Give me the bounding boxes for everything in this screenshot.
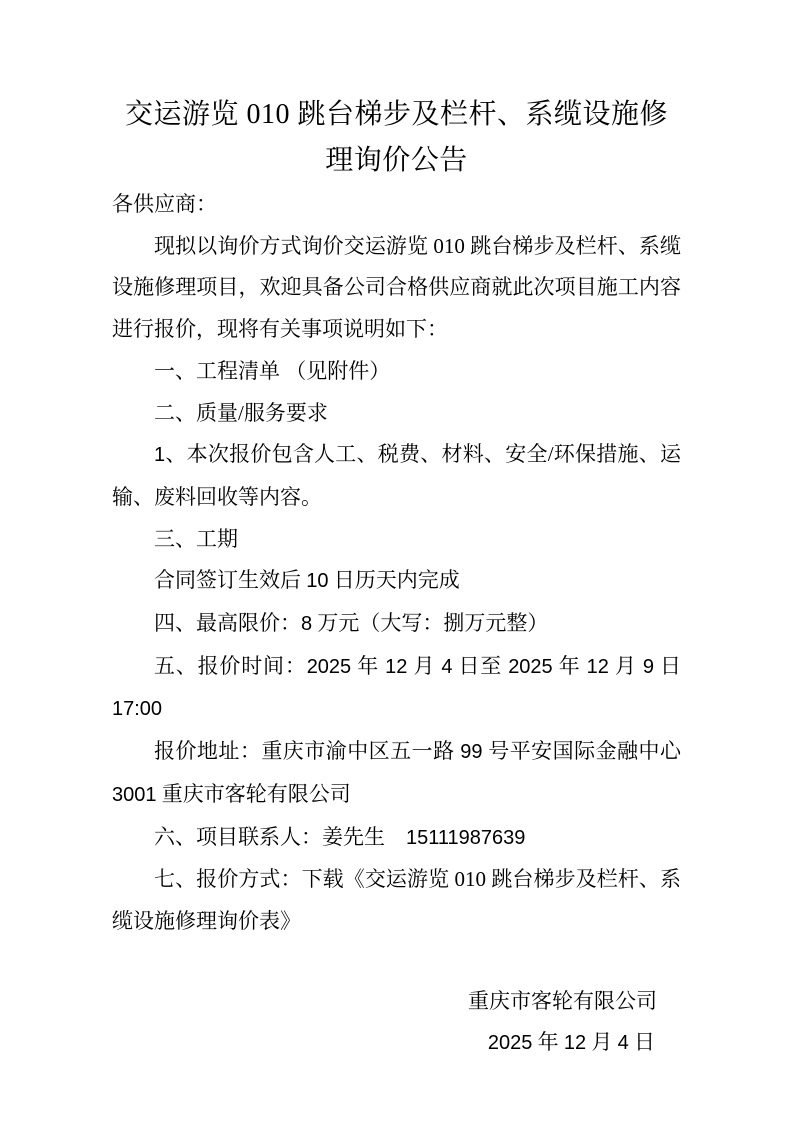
cjk-text-run: 六、项目联系人：姜先生 bbox=[154, 825, 406, 849]
document-title: 交运游览 010 跳台梯步及栏杆、系缆设施修理询价公告 bbox=[112, 92, 681, 184]
latin-text-run: 12 bbox=[564, 1032, 586, 1054]
latin-text-run: 99 bbox=[460, 741, 482, 763]
paragraph-salutation: 各供应商： bbox=[112, 184, 681, 226]
document-page: 交运游览 010 跳台梯步及栏杆、系缆设施修理询价公告 各供应商：现拟以询价方式… bbox=[0, 0, 793, 1122]
latin-text-run: 4 bbox=[441, 656, 452, 678]
paragraph-item-5-quote-time: 五、报价时间：2025 年 12 月 4 日至 2025 年 12 月 9 日 … bbox=[112, 646, 681, 731]
latin-text-run: 12 bbox=[587, 656, 609, 678]
paragraph-item-7-quote-method: 七、报价方式：下载《交运游览 010 跳台梯步及栏杆、系缆设施修理询价表》 bbox=[112, 859, 681, 942]
latin-text-run: 17:00 bbox=[112, 698, 162, 720]
latin-text-run: 2025 bbox=[508, 656, 553, 678]
latin-text-run: 1 bbox=[154, 444, 165, 466]
document-body: 各供应商：现拟以询价方式询价交运游览 010 跳台梯步及栏杆、系缆设施修理项目，… bbox=[112, 184, 681, 943]
signature-block: 重庆市客轮有限公司 2025 年 12 月 4 日 bbox=[112, 981, 681, 1065]
latin-text-run: 12 bbox=[385, 656, 407, 678]
paragraph-item-4-max-price: 四、最高限价：8 万元（大写：捌万元整） bbox=[112, 603, 681, 646]
cjk-text-run: 现拟以询价方式询价交运游览 010 跳台梯步及栏杆、系缆设施修理项目，欢迎具备公… bbox=[112, 234, 681, 341]
paragraph-item-2-quality-service: 二、质量/服务要求 bbox=[112, 393, 681, 435]
latin-text-run: 2025 bbox=[488, 1032, 533, 1054]
cjk-text-run: 月 bbox=[586, 1030, 618, 1054]
cjk-text-run: 年 bbox=[351, 654, 385, 678]
cjk-text-run: 日历天内完成 bbox=[329, 568, 460, 592]
cjk-text-run: 二、质量/服务要求 bbox=[154, 401, 328, 425]
paragraph-intro: 现拟以询价方式询价交运游览 010 跳台梯步及栏杆、系缆设施修理项目，欢迎具备公… bbox=[112, 226, 681, 351]
paragraph-item-1-engineering-list: 一、工程清单 （见附件） bbox=[112, 351, 681, 393]
cjk-text-run: 年 bbox=[532, 1030, 564, 1054]
cjk-text-run: 年 bbox=[553, 654, 587, 678]
cjk-text-run: 、本次报价包含人工、税费、材料、安全/环保措施、运输、废料回收等内容。 bbox=[112, 442, 681, 509]
latin-text-run: 3001 bbox=[112, 784, 157, 806]
cjk-text-run: 日至 bbox=[452, 654, 508, 678]
latin-text-run: 15111987639 bbox=[406, 827, 525, 849]
cjk-text-run: 重庆市客轮有限公司 bbox=[157, 782, 351, 806]
cjk-text-run: 五、报价时间： bbox=[154, 654, 307, 678]
cjk-text-run: 七、报价方式：下载《交运游览 010 跳台梯步及栏杆、系缆设施修理询价表》 bbox=[112, 867, 681, 933]
cjk-text-run: 三、工期 bbox=[154, 527, 238, 551]
cjk-text-run: 日 bbox=[654, 654, 686, 678]
cjk-text-run: 月 bbox=[609, 654, 643, 678]
latin-text-run: 2025 bbox=[307, 656, 352, 678]
cjk-text-run: 日 bbox=[629, 1030, 655, 1054]
cjk-text-run: 月 bbox=[407, 654, 441, 678]
paragraph-item-6-contact: 六、项目联系人：姜先生 15111987639 bbox=[112, 817, 681, 860]
latin-text-run: 8 bbox=[301, 613, 312, 635]
cjk-text-run: 一、工程清单 （见附件） bbox=[154, 359, 390, 383]
paragraph-item-3-duration-detail: 合同签订生效后 10 日历天内完成 bbox=[112, 560, 681, 603]
cjk-text-run: 号平安国际金融中心 bbox=[483, 739, 687, 763]
cjk-text-run: 万元（大写：捌万元整） bbox=[312, 611, 548, 635]
cjk-text-run: 四、最高限价： bbox=[154, 611, 301, 635]
paragraph-item-2-1-quote-scope: 1、本次报价包含人工、税费、材料、安全/环保措施、运输、废料回收等内容。 bbox=[112, 434, 681, 518]
cjk-text-run: 合同签订生效后 bbox=[154, 568, 306, 592]
signature-company: 重庆市客轮有限公司 bbox=[112, 981, 681, 1023]
paragraph-item-5-quote-address: 报价地址：重庆市渝中区五一路 99 号平安国际金融中心 3001 重庆市客轮有限… bbox=[112, 731, 681, 816]
latin-text-run: 10 bbox=[306, 570, 328, 592]
latin-text-run: 4 bbox=[618, 1032, 629, 1054]
cjk-text-run: 各供应商： bbox=[112, 192, 217, 216]
paragraph-item-3-duration: 三、工期 bbox=[112, 519, 681, 561]
cjk-text-run: 报价地址：重庆市渝中区五一路 bbox=[154, 739, 460, 763]
latin-text-run: 9 bbox=[643, 656, 654, 678]
signature-date: 2025 年 12 月 4 日 bbox=[112, 1022, 681, 1065]
